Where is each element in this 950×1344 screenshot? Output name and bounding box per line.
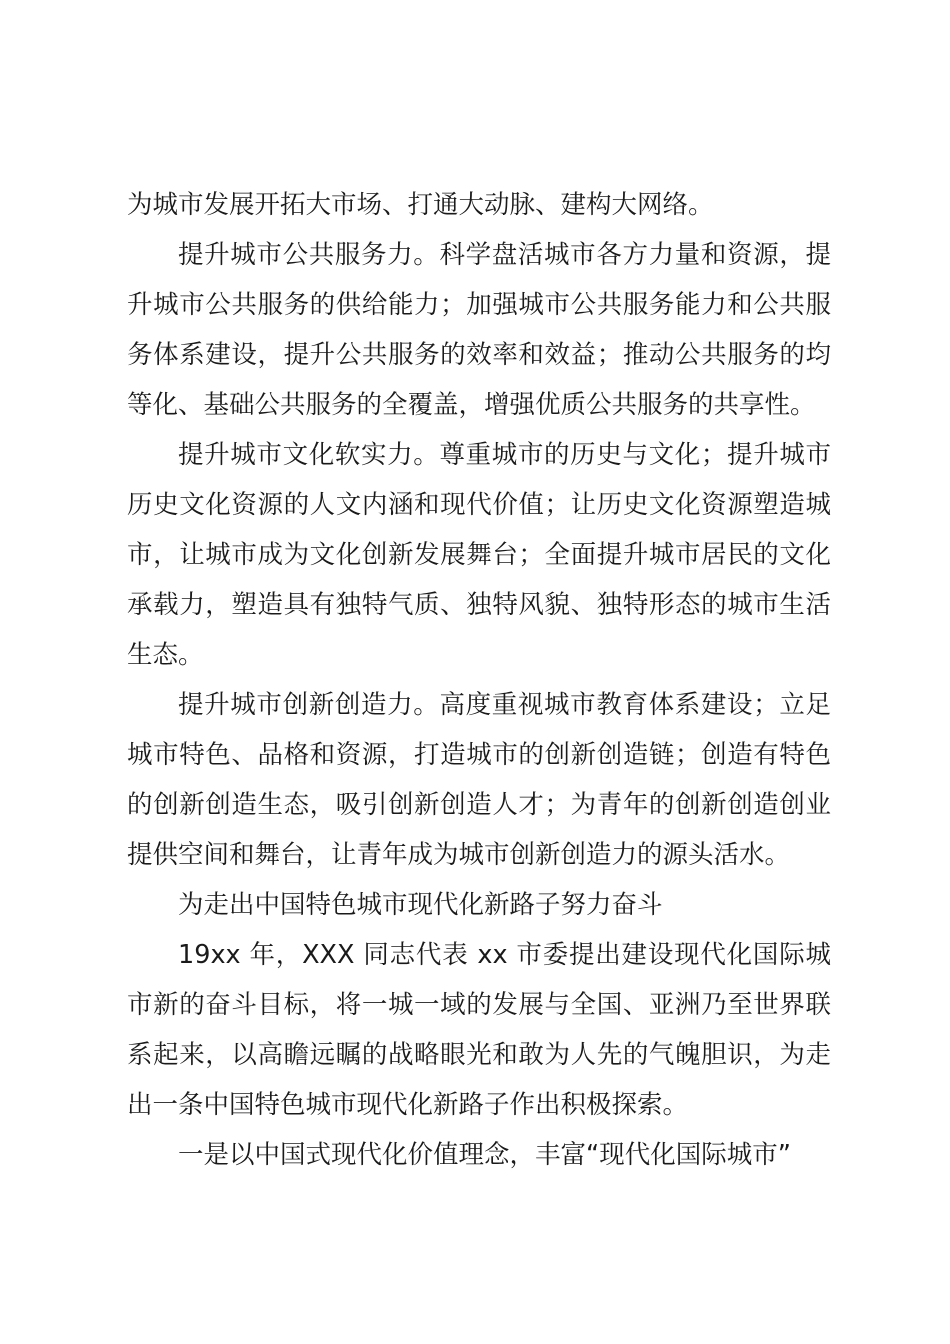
paragraph-first-point: 一是以中国式现代化价值理念，丰富“现代化国际城市”: [127, 1130, 831, 1180]
paragraph-innovation: 提升城市创新创造力。高度重视城市教育体系建设；立足城市特色、品格和资源，打造城市…: [127, 680, 831, 880]
paragraph-public-service: 提升城市公共服务力。科学盘活城市各方力量和资源，提升城市公共服务的供给能力；加强…: [127, 230, 831, 430]
paragraph-cultural-soft-power: 提升城市文化软实力。尊重城市的历史与文化；提升城市历史文化资源的人文内涵和现代价…: [127, 430, 831, 680]
document-page: 为城市发展开拓大市场、打通大动脉、建构大网络。 提升城市公共服务力。科学盘活城市…: [127, 180, 831, 1180]
section-heading: 为走出中国特色城市现代化新路子努力奋斗: [127, 880, 831, 930]
paragraph-history: 19xx 年，XXX 同志代表 xx 市委提出建设现代化国际城市新的奋斗目标，将…: [127, 930, 831, 1130]
paragraph-continuation: 为城市发展开拓大市场、打通大动脉、建构大网络。: [127, 180, 831, 230]
